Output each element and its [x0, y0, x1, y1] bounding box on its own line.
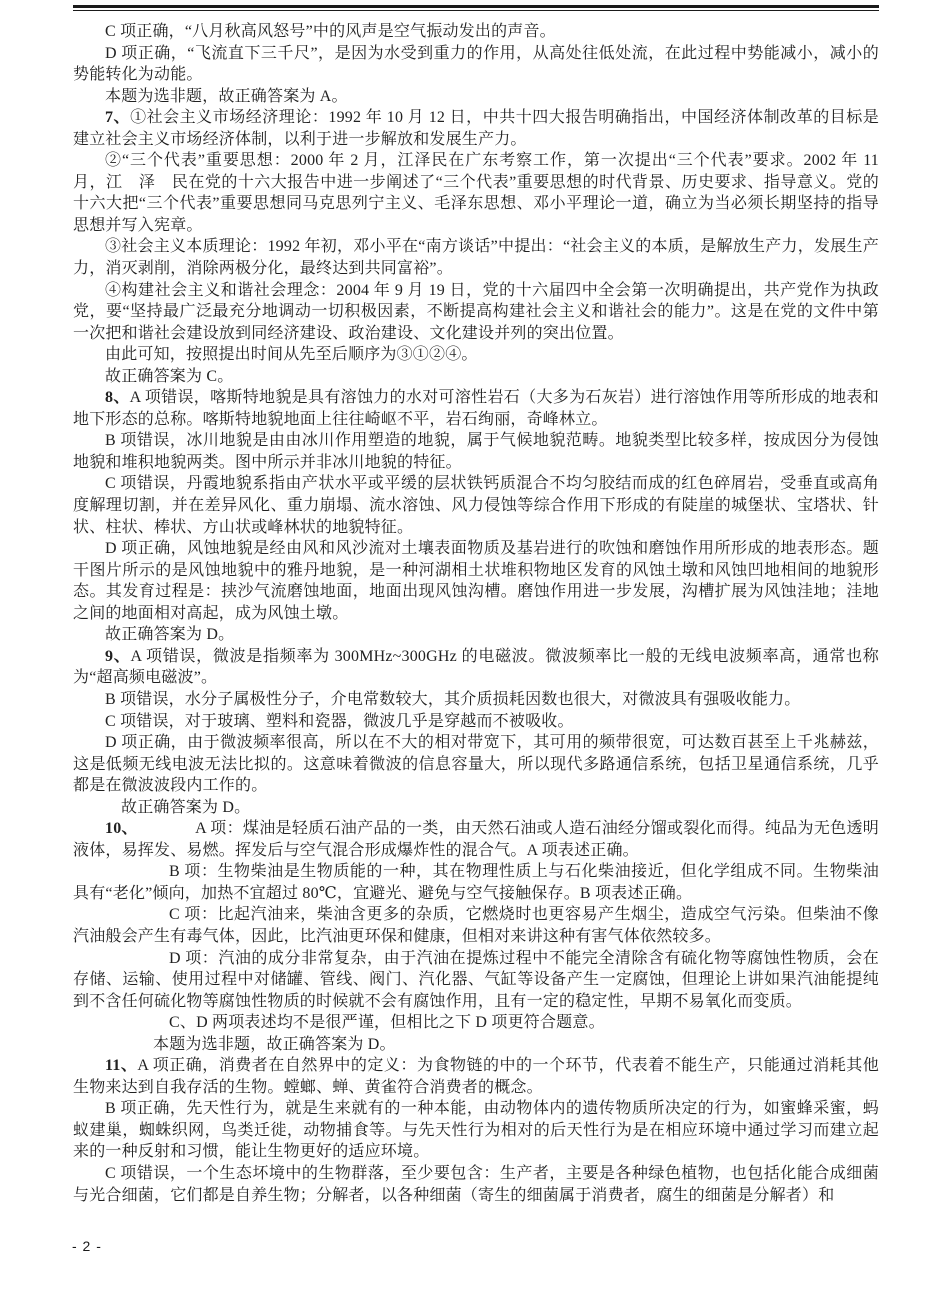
question-number: 7、 [105, 109, 130, 126]
question-number: 10、 [105, 820, 130, 837]
question-number: 11、 [105, 1057, 137, 1074]
header-rule-thin-line [73, 10, 879, 11]
paragraph: ③社会主义本质理论：1992 年初，邓小平在“南方谈话”中提出：“社会主义的本质… [73, 236, 879, 279]
paragraph: D 项正确，风蚀地貌是经由风和风沙流对土壤表面物质及基岩进行的吹蚀和磨蚀作用所形… [73, 538, 879, 624]
paragraph: ②“三个代表”重要思想：2000 年 2 月，江泽民在广东考察工作，第一次提出“… [73, 150, 879, 236]
paragraph: C 项错误，对于玻璃、塑料和瓷器，微波几乎是穿越而不被吸收。 [73, 711, 879, 733]
paragraph: C 项：比起汽油来，柴油含更多的杂质，它燃烧时也更容易产生烟尘，造成空气污染。但… [73, 904, 879, 947]
paragraph: B 项正确，先天性行为，就是生来就有的一种本能，由动物体内的遗传物质所决定的行为… [73, 1098, 879, 1163]
paragraph: 故正确答案为 D。 [73, 797, 879, 819]
page-number: - 2 - [72, 1238, 102, 1254]
paragraph: 故正确答案为 C。 [73, 366, 879, 388]
paragraph: B 项：生物柴油是生物质能的一种，其在物理性质上与石化柴油接近，但化学组成不同。… [73, 861, 879, 904]
paragraph: D 项正确，“飞流直下三千尺”，是因为水受到重力的作用，从高处往低处流，在此过程… [73, 43, 879, 86]
answer-paragraph: 8、A 项错误，喀斯特地貌是具有溶蚀力的水对可溶性岩石（大多为石灰岩）进行溶蚀作… [73, 387, 879, 430]
paragraph: ④构建社会主义和谐社会理念：2004 年 9 月 19 日，党的十六届四中全会第… [73, 280, 879, 345]
paragraph: 由此可知，按照提出时间从先至后顺序为③①②④。 [73, 344, 879, 366]
paragraph: B 项错误，水分子属极性分子，介电常数较大，其介质损耗因数也很大，对微波具有强吸… [73, 689, 879, 711]
paragraph: C 项错误，丹霞地貌系指由产状水平或平缓的层状铁钙质混合不均匀胶结而成的红色碎屑… [73, 473, 879, 538]
answer-paragraph: 10、 A 项：煤油是轻质石油产品的一类，由天然石油或人造石油经分馏或裂化而得。… [73, 818, 879, 861]
answer-paragraph: 11、A 项正确，消费者在自然界中的定义：为食物链的中的一个环节，代表着不能生产… [73, 1055, 879, 1098]
paragraph: B 项错误，冰川地貌是由由冰川作用塑造的地貌，属于气候地貌范畴。地貌类型比较多样… [73, 430, 879, 473]
paragraph: C 项正确，“八月秋高风怒号”中的风声是空气振动发出的声音。 [73, 21, 879, 43]
paragraph: 故正确答案为 D。 [73, 624, 879, 646]
document-page: C 项正确，“八月秋高风怒号”中的风声是空气振动发出的声音。D 项正确，“飞流直… [0, 0, 950, 1294]
paragraph: D 项正确，由于微波频率很高，所以在不大的相对带宽下，其可用的频带很宽，可达数百… [73, 732, 879, 797]
paragraph: D 项：汽油的成分非常复杂，由于汽油在提炼过程中不能完全清除含有硫化物等腐蚀性物… [73, 948, 879, 1013]
question-number: 8、 [105, 389, 130, 406]
document-body: C 项正确，“八月秋高风怒号”中的风声是空气振动发出的声音。D 项正确，“飞流直… [73, 21, 879, 1206]
paragraph: C 项错误，一个生态坏境中的生物群落，至少要包含：生产者，主要是各种绿色植物，也… [73, 1163, 879, 1206]
header-double-rule [73, 5, 879, 12]
paragraph: C、D 两项表述均不是很严谨，但相比之下 D 项更符合题意。 [73, 1012, 879, 1034]
paragraph: 本题为选非题，故正确答案为 A。 [73, 86, 879, 108]
question-number: 9、 [105, 648, 130, 665]
answer-paragraph: 7、①社会主义市场经济理论：1992 年 10 月 12 日，中共十四大报告明确… [73, 107, 879, 150]
paragraph: 本题为选非题，故正确答案为 D。 [73, 1034, 879, 1056]
answer-paragraph: 9、A 项错误，微波是指频率为 300MHz~300GHz 的电磁波。微波频率比… [73, 646, 879, 689]
